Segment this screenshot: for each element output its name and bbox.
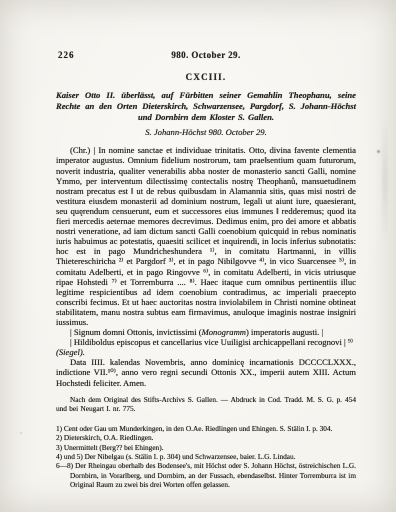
monogram-label: Monogramm (202, 327, 246, 337)
charter-body-text: (Chr.) | In nomine sanctae et individuae… (56, 145, 356, 327)
scan-smudge (382, 120, 388, 240)
recognition-line: | Hildiboldus episcopus et cancellarius … (56, 337, 356, 347)
source-note: Nach dem Original des Stifts-Archivs S. … (56, 395, 356, 413)
footnote-2: 2) Dieterskirch, O.A. Riedlingen. (56, 433, 356, 442)
page-content: 226 980. October 29. CXCIII. Kaiser Otto… (56, 50, 356, 489)
scan-speck (377, 150, 380, 153)
footnote-4-5: 4) und 5) Der Nibelgau (s. Stälin I. p. … (56, 452, 356, 461)
footnote-1: 1) Cent oder Gau um Munderkingen, in den… (56, 424, 356, 433)
signum-prefix: | Signum domni Ottonis, invictissimi ( (70, 327, 202, 337)
footnote-3: 3) Unermittelt (Berg?? bei Ehingen). (56, 443, 356, 452)
page-number: 226 (58, 50, 75, 60)
seal-note: (Siegel). (56, 347, 356, 357)
charter-summary: Kaiser Otto II. überlässt, auf Fürbitten… (56, 90, 356, 122)
running-header-date: 980. October 29. (56, 50, 356, 60)
footnote-6-8: 6—8) Der Rheingau oberhalb des Bodensee'… (56, 461, 356, 489)
footnotes-block: 1) Cent oder Gau um Munderkingen, in den… (56, 424, 356, 489)
scanned-book-page: 226 980. October 29. CXCIII. Kaiser Otto… (0, 0, 396, 512)
charter-number-heading: CXCIII. (56, 72, 356, 82)
signum-suffix: ) imperatoris augusti. | (246, 327, 323, 337)
datum-paragraph: Data IIII. kalendas Novembris, anno domi… (56, 357, 356, 387)
running-header: 226 980. October 29. (56, 50, 356, 61)
charter-dateline: S. Johann-Höchst 980. October 29. (56, 127, 356, 137)
scan-speck (20, 432, 22, 434)
signum-line: | Signum domni Ottonis, invictissimi (Mo… (56, 327, 356, 337)
